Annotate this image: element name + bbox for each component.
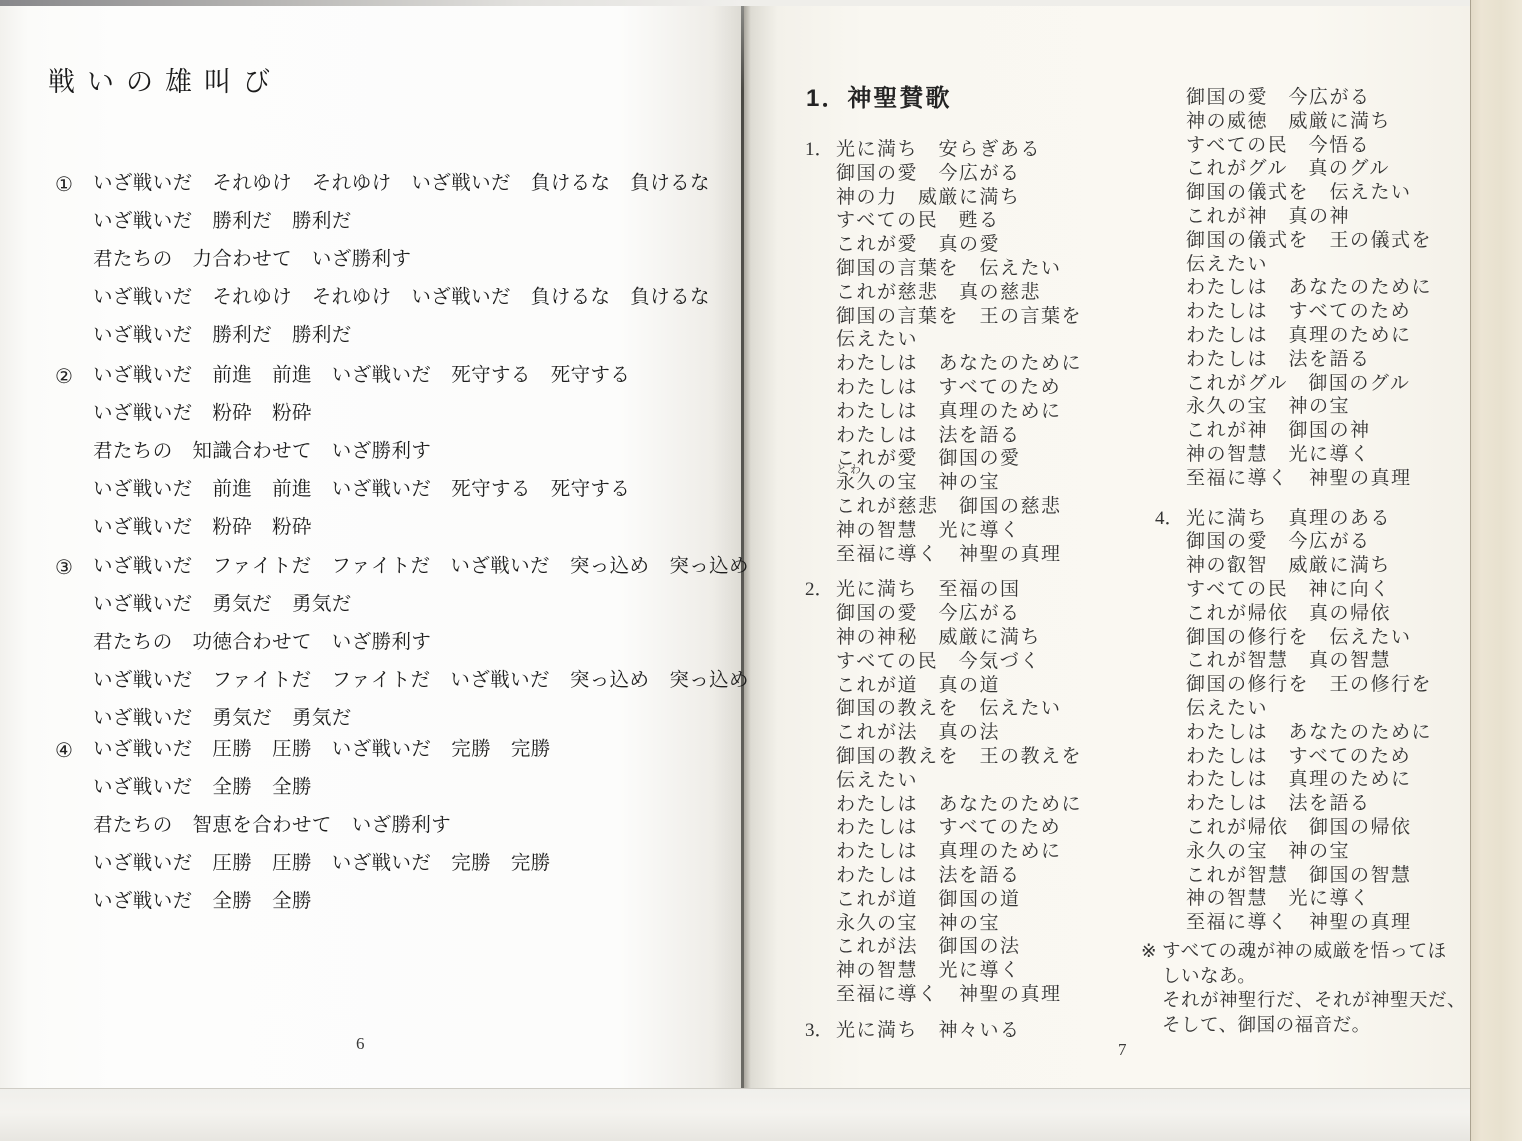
lyric-line: これが道 真の道	[836, 674, 1166, 698]
lyric-line: わたしは 法を語る	[836, 424, 1166, 448]
battle-cry-verse-4: ④ いざ戦いだ 圧勝 圧勝 いざ戦いだ 完勝 完勝いざ戦いだ 全勝 全勝君たちの…	[55, 730, 715, 920]
lyric-line: 神の神秘 威厳に満ち	[836, 626, 1166, 650]
verse-lines: 御国の愛 今広がる神の威徳 威厳に満ちすべての民 今悟るこれがグル 真のグル御国…	[1186, 86, 1516, 491]
lyric-line: わたしは あなたのために	[1186, 276, 1516, 300]
lyric-line: いざ戦いだ 勝利だ 勝利だ	[93, 202, 715, 240]
lyric-line: いざ戦いだ それゆけ それゆけ いざ戦いだ 負けるな 負けるな	[93, 164, 715, 202]
lyric-line: わたしは 真理のために	[1186, 324, 1516, 348]
lyric-line: そして、御国の福音だ。	[1162, 1014, 1493, 1039]
lyric-line: すべての民 甦る	[836, 209, 1166, 233]
lyric-line: 光に満ち 安らぎある	[836, 138, 1166, 162]
lyric-line: これが智慧 御国の智慧	[1186, 864, 1516, 888]
lyric-line: わたしは すべてのため	[1186, 745, 1516, 769]
lyric-line: わたしは 真理のために	[836, 840, 1166, 864]
hymn-verse-4: 4． 光に満ち 真理のある御国の愛 今広がる神の叡智 威厳に満ちすべての民 神に…	[1186, 507, 1516, 935]
lyric-line: 神の智慧 光に導く	[836, 519, 1166, 543]
verse-number: 3．	[805, 1019, 834, 1043]
right-page-title: 1．神聖賛歌	[806, 78, 951, 113]
footnote-lines: すべての魂が神の威厳を悟ってほしいなあ。それが神聖行だ、それが神聖天だ、そして、…	[1162, 940, 1493, 1038]
lyric-line: わたしは すべてのため	[1186, 300, 1516, 324]
lyric-line: これが神 真の神	[1186, 205, 1516, 229]
lyric-line: しいなあ。	[1162, 965, 1493, 990]
lyric-line: 御国の教えを 伝えたい	[836, 697, 1166, 721]
lyric-line: 神の力 威厳に満ち	[836, 186, 1166, 210]
lyric-line: これがグル 真のグル	[1186, 157, 1516, 181]
lyric-line: 君たちの 功徳合わせて いざ勝利す	[93, 623, 715, 661]
lyric-line: わたしは 法を語る	[1186, 792, 1516, 816]
lyric-line: 永久の宝 神の宝	[1186, 840, 1516, 864]
lyric-line: 御国の教えを 王の教えを	[836, 745, 1166, 769]
lyric-line: 伝えたい	[836, 769, 1166, 793]
lyric-line: いざ戦いだ 勝利だ 勝利だ	[93, 316, 715, 354]
hymn-verse-3-start: 3． 光に満ち 神々いる	[836, 1019, 1166, 1043]
lyric-line: これが神 御国の神	[1186, 419, 1516, 443]
lyric-line: これが慈悲 御国の慈悲	[836, 495, 1166, 519]
lyric-line: 伝えたい	[836, 328, 1166, 352]
lyric-line: 至福に導く 神聖の真理	[836, 543, 1166, 567]
lyric-line: これが智慧 真の智慧	[1186, 649, 1516, 673]
lyric-line: 神の智慧 光に導く	[836, 959, 1166, 983]
battle-cry-verse-1: ① いざ戦いだ それゆけ それゆけ いざ戦いだ 負けるな 負けるないざ戦いだ 勝…	[55, 164, 715, 354]
verse-number: ①	[55, 172, 73, 197]
hymn-verse-2: 2． 光に満ち 至福の国御国の愛 今広がる神の神秘 威厳に満ちすべての民 今気づ…	[836, 578, 1166, 1006]
verse-lines: いざ戦いだ 圧勝 圧勝 いざ戦いだ 完勝 完勝いざ戦いだ 全勝 全勝君たちの 智…	[93, 730, 715, 920]
battle-cry-verse-3: ③ いざ戦いだ ファイトだ ファイトだ いざ戦いだ 突っ込め 突っ込めいざ戦いだ…	[55, 547, 715, 737]
lyric-line: 御国の愛 今広がる	[1186, 530, 1516, 554]
lyric-line: すべての魂が神の威厳を悟ってほ	[1162, 940, 1493, 965]
verse-lines: 光に満ち 神々いる	[836, 1019, 1166, 1043]
verse-number: ②	[55, 364, 73, 389]
verse-number: ③	[55, 555, 73, 580]
footnote-marker: ※	[1141, 940, 1157, 965]
lyric-line: 御国の言葉を 伝えたい	[836, 257, 1166, 281]
lyric-line: いざ戦いだ ファイトだ ファイトだ いざ戦いだ 突っ込め 突っ込め	[93, 547, 715, 585]
battle-cry-verse-2: ② いざ戦いだ 前進 前進 いざ戦いだ 死守する 死守するいざ戦いだ 粉砕 粉砕…	[55, 356, 715, 546]
lyric-line: これが愛 真の愛	[836, 233, 1166, 257]
lyric-line: これが法 真の法	[836, 721, 1166, 745]
lyric-line: いざ戦いだ 圧勝 圧勝 いざ戦いだ 完勝 完勝	[93, 844, 715, 882]
lyric-line: わたしは 真理のために	[1186, 768, 1516, 792]
lyric-line: すべての民 神に向く	[1186, 578, 1516, 602]
book-gutter-crease	[741, 4, 744, 1088]
lyric-line: これがグル 御国のグル	[1186, 372, 1516, 396]
lyric-line: わたしは 真理のために	[836, 400, 1166, 424]
lyric-line: 神の叡智 威厳に満ち	[1186, 554, 1516, 578]
lyric-line: わたしは あなたのために	[1186, 721, 1516, 745]
lyric-line: 神の智慧 光に導く	[1186, 887, 1516, 911]
lyric-line: 君たちの 力合わせて いざ勝利す	[93, 240, 715, 278]
verse-lines: 光に満ち 安らぎある御国の愛 今広がる神の力 威厳に満ちすべての民 甦るこれが愛…	[836, 138, 1166, 566]
lyric-line: 神の威徳 威厳に満ち	[1186, 110, 1516, 134]
lyric-line: すべての民 今悟る	[1186, 134, 1516, 158]
lyric-line: 至福に導く 神聖の真理	[836, 983, 1166, 1007]
lyric-line: 神の智慧 光に導く	[1186, 443, 1516, 467]
verse-lines: いざ戦いだ 前進 前進 いざ戦いだ 死守する 死守するいざ戦いだ 粉砕 粉砕君た…	[93, 356, 715, 546]
verse-number: ④	[55, 738, 73, 763]
lyric-line: いざ戦いだ 前進 前進 いざ戦いだ 死守する 死守する	[93, 356, 715, 394]
lyric-line: 永久の宝 神の宝	[836, 471, 1166, 495]
lyric-line: 君たちの 知識合わせて いざ勝利す	[93, 432, 715, 470]
lyric-line: 君たちの 智恵を合わせて いざ勝利す	[93, 806, 715, 844]
page-number-right: 7	[1118, 1040, 1127, 1060]
lyric-line: 御国の儀式を 王の儀式を	[1186, 229, 1516, 253]
lyric-line: それが神聖行だ、それが神聖天だ、	[1162, 989, 1493, 1014]
lyric-line: 永久の宝 神の宝	[1186, 395, 1516, 419]
verse-lines: 光に満ち 至福の国御国の愛 今広がる神の神秘 威厳に満ちすべての民 今気づくこれ…	[836, 578, 1166, 1006]
verse-number: 1．	[805, 138, 834, 162]
lyric-line: わたしは 法を語る	[836, 864, 1166, 888]
lyric-line: 伝えたい	[1186, 253, 1516, 277]
book-spread-scan: 戦いの雄叫び ① いざ戦いだ それゆけ それゆけ いざ戦いだ 負けるな 負けるな…	[0, 0, 1522, 1141]
lyric-line: 御国の儀式を 伝えたい	[1186, 181, 1516, 205]
lyric-line: いざ戦いだ 前進 前進 いざ戦いだ 死守する 死守する	[93, 470, 715, 508]
verse-lines: いざ戦いだ ファイトだ ファイトだ いざ戦いだ 突っ込め 突っ込めいざ戦いだ 勇…	[93, 547, 715, 737]
verse-number: 2．	[805, 578, 834, 602]
lyric-line: これが愛 御国の愛	[836, 447, 1166, 471]
lyric-line: 御国の愛 今広がる	[836, 602, 1166, 626]
hymn-column-left: 1． 光に満ち 安らぎある御国の愛 今広がる神の力 威厳に満ちすべての民 甦るこ…	[836, 138, 1166, 1054]
lyric-line: わたしは あなたのために	[836, 352, 1166, 376]
lyric-line: いざ戦いだ それゆけ それゆけ いざ戦いだ 負けるな 負けるな	[93, 278, 715, 316]
hymn-verse-1: 1． 光に満ち 安らぎある御国の愛 今広がる神の力 威厳に満ちすべての民 甦るこ…	[836, 138, 1166, 566]
lyric-line: これが法 御国の法	[836, 935, 1166, 959]
lyric-line: 御国の言葉を 王の言葉を	[836, 305, 1166, 329]
lyric-line: 御国の修行を 伝えたい	[1186, 626, 1516, 650]
lyric-line: これが道 御国の道	[836, 888, 1166, 912]
lyric-line: 伝えたい	[1186, 697, 1516, 721]
footnote: ※ すべての魂が神の威厳を悟ってほしいなあ。それが神聖行だ、それが神聖天だ、そし…	[1141, 940, 1493, 1038]
lyric-line: 至福に導く 神聖の真理	[1186, 467, 1516, 491]
lyric-line: 御国の修行を 王の修行を	[1186, 673, 1516, 697]
lyric-line: いざ戦いだ 粉砕 粉砕	[93, 508, 715, 546]
lyric-line: わたしは あなたのために	[836, 793, 1166, 817]
lyric-line: これが帰依 真の帰依	[1186, 602, 1516, 626]
lyric-line: わたしは すべてのため	[836, 376, 1166, 400]
lyric-line: 光に満ち 至福の国	[836, 578, 1166, 602]
verse-lines: 光に満ち 真理のある御国の愛 今広がる神の叡智 威厳に満ちすべての民 神に向くこ…	[1186, 507, 1516, 935]
page-number-left: 6	[356, 1034, 365, 1054]
lyric-line: いざ戦いだ 勇気だ 勇気だ	[93, 585, 715, 623]
verse-number: 4．	[1155, 507, 1184, 531]
lyric-line: これが慈悲 真の慈悲	[836, 281, 1166, 305]
lyric-line: 光に満ち 真理のある	[1186, 507, 1516, 531]
lyric-line: いざ戦いだ ファイトだ ファイトだ いざ戦いだ 突っ込め 突っ込め	[93, 661, 715, 699]
lyric-line: 御国の愛 今広がる	[836, 162, 1166, 186]
lyric-line: これが帰依 御国の帰依	[1186, 816, 1516, 840]
scan-top-edge	[0, 0, 744, 6]
page-bottom-edges	[0, 1088, 1470, 1141]
lyric-line: いざ戦いだ 全勝 全勝	[93, 882, 715, 920]
verse-lines: いざ戦いだ それゆけ それゆけ いざ戦いだ 負けるな 負けるないざ戦いだ 勝利だ…	[93, 164, 715, 354]
hymn-verse-3-continued: 御国の愛 今広がる神の威徳 威厳に満ちすべての民 今悟るこれがグル 真のグル御国…	[1186, 86, 1516, 491]
lyric-line: 至福に導く 神聖の真理	[1186, 911, 1516, 935]
lyric-line: わたしは 法を語る	[1186, 348, 1516, 372]
left-page-title: 戦いの雄叫び	[48, 60, 282, 99]
lyric-line: いざ戦いだ 全勝 全勝	[93, 768, 715, 806]
lyric-line: いざ戦いだ 粉砕 粉砕	[93, 394, 715, 432]
lyric-line: 光に満ち 神々いる	[836, 1019, 1166, 1043]
lyric-line: 永久の宝 神の宝	[836, 912, 1166, 936]
lyric-line: いざ戦いだ 圧勝 圧勝 いざ戦いだ 完勝 完勝	[93, 730, 715, 768]
hymn-column-right: 御国の愛 今広がる神の威徳 威厳に満ちすべての民 今悟るこれがグル 真のグル御国…	[1186, 86, 1516, 947]
lyric-line: すべての民 今気づく	[836, 650, 1166, 674]
lyric-line: 御国の愛 今広がる	[1186, 86, 1516, 110]
furigana-towa: とわ	[836, 461, 864, 477]
lyric-line: わたしは すべてのため	[836, 816, 1166, 840]
